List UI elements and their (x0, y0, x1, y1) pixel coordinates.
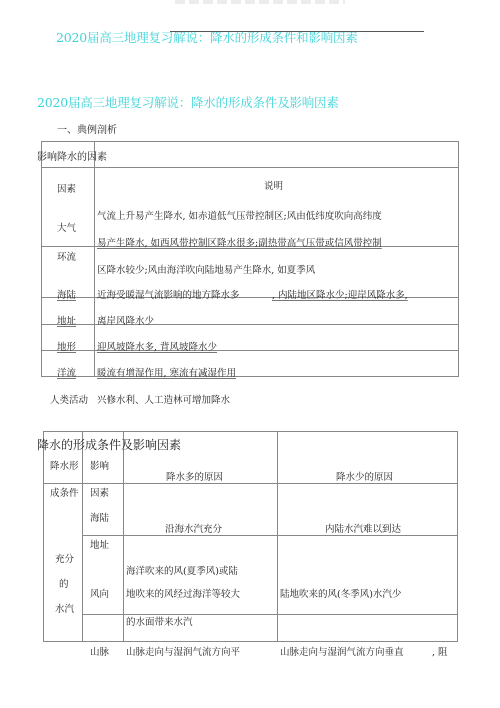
table2-header-factor: 因素 (90, 485, 109, 499)
table2-caption: 降水的形成条件及影响因素 (37, 436, 181, 453)
table2-right-border (457, 431, 458, 642)
table1-column-divider (94, 141, 95, 377)
table2-factor-wind-direction: 风向 (90, 586, 109, 600)
table1-factor-ocean-current: 洋流 (57, 365, 76, 379)
table2-factor-mountain: 山脉 (90, 644, 109, 658)
table2-header-rule (43, 483, 458, 484)
section-heading: 一、典例剖析 (57, 121, 117, 136)
table2-bottom-border (43, 641, 458, 642)
table2-less-rain-mountain: 山脉走向与湿润气流方向垂直 (280, 644, 404, 658)
table1-explanation-ocean-current: 暖流有增湿作用, 寒流有减湿作用 (97, 365, 236, 379)
table2-left-border (43, 431, 44, 642)
table1-factor-land-sea: 海陆 (57, 287, 76, 301)
table1-factor-human-activity: 人类活动 (50, 392, 88, 406)
table1-explanation-land-sea-b: , 内陆地区降水少;迎岸风降水多, (272, 287, 408, 301)
table2-more-rain-line: 的水面带来水汽 (126, 614, 193, 628)
table1-left-border (41, 141, 42, 377)
table1-explanation-line: 区降水较少;风由海洋吹向陆地易产生降水, 如夏季风 (97, 262, 315, 276)
table2-factor-location: 地址 (90, 537, 109, 551)
table2-condition-of: 的 (59, 576, 69, 590)
table1-factor-terrain: 地形 (57, 339, 76, 353)
table1-right-border (458, 141, 459, 377)
table2-factor-land-sea: 海陆 (90, 510, 109, 524)
table1-caption: 影响降水的因素 (37, 148, 107, 163)
document-title: 2020届高三地理复习解说：降水的形成条件及影响因素 (37, 93, 339, 111)
table2-header-condition: 降水形 (50, 458, 79, 472)
table2-more-rain-mountain: 山脉走向与湿润气流方向平 (126, 644, 240, 658)
table2-column-divider (277, 431, 278, 642)
table2-header-condition: 成条件 (50, 485, 79, 499)
table2-column-divider (82, 431, 83, 642)
table2-header-factor: 影响 (90, 458, 109, 472)
table2-column-divider (123, 431, 124, 642)
table2-header-more-rain: 降水多的原因 (166, 469, 223, 483)
table2-header-less-rain: 降水少的原因 (336, 469, 393, 483)
table1-explanation-line: 易产生降水, 如西风带控制区降水很多;副热带高气压带或信风带控制 (97, 235, 382, 249)
table2-top-border (43, 431, 458, 432)
table2-less-rain-wind: 陆地吹来的风(冬季风)水汽少 (280, 586, 401, 600)
faint-page-header (175, 0, 345, 4)
table2-less-rain-land-sea: 内陆水汽难以到达 (325, 521, 401, 535)
table1-factor-circulation: 环流 (57, 249, 76, 263)
table1-explanation-land-sea-a: 近海受暖湿气流影响的地方降水多 (97, 287, 240, 301)
table1-explanation-human-activity: 兴修水利、人工造林可增加降水 (97, 392, 230, 406)
table2-less-rain-mountain-tail: , 阻 (432, 644, 448, 658)
header-rule (170, 31, 424, 32)
table1-header-factor: 因素 (57, 181, 76, 195)
table1-explanation-location: 离岸风降水少 (97, 313, 154, 327)
table1-header-explanation: 说明 (264, 178, 283, 192)
table2-condition-water-vapor: 水汽 (55, 601, 74, 615)
table1-explanation-line: 气流上升易产生降水, 如赤道低气压带控制区;风由低纬度吹向高纬度 (97, 208, 382, 222)
table2-more-rain-land-sea: 沿海水汽充分 (165, 521, 222, 535)
table2-row-rule (82, 535, 458, 536)
table1-header-rule (41, 167, 459, 168)
table1-top-border (41, 141, 459, 142)
table2-more-rain-line: 地吹来的风经过海洋等较大 (126, 586, 240, 600)
table1-explanation-terrain: 迎风坡降水多, 背风坡降水少 (97, 339, 217, 353)
table2-condition-sufficient: 充分 (55, 551, 74, 565)
table2-more-rain-line: 海洋吹来的风(夏季风)或陆 (126, 563, 238, 577)
table1-factor-location: 地址 (57, 313, 76, 327)
table1-factor-atmosphere: 大气 (57, 220, 76, 234)
